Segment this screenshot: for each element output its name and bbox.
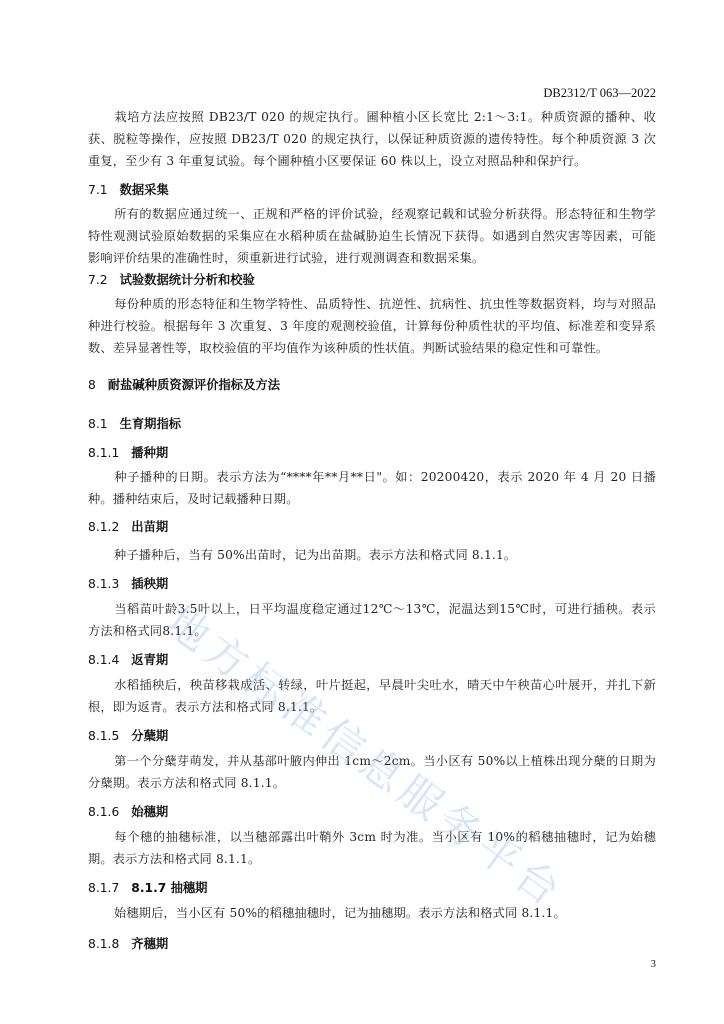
heading-8-1-6: 8.1.6始穗期	[88, 802, 168, 820]
heading-8-1-7: 8.1.78.1.7 抽穗期	[88, 878, 207, 896]
paragraph-8-1-4: 水稻插秧后，秧苗移栽成活、转绿，叶片挺起，早晨叶尖吐水，晴天中午秧苗心叶展开，并…	[88, 674, 656, 718]
document-page: DB2312/T 063—2022 栽培方法应按照 DB23/T 020 的规定…	[0, 0, 724, 1024]
paragraph-8-1-6: 每个穗的抽穗标准，以当穗部露出叶鞘外 3cm 时为准。当小区有 10%的稻穗抽穗…	[88, 826, 656, 870]
intro-paragraph: 栽培方法应按照 DB23/T 020 的规定执行。圃种植小区长宽比 2:1～3:…	[88, 106, 656, 172]
paragraph-8-1-3: 当稻苗叶龄3.5叶以上，日平均温度稳定通过12℃～13℃，泥温达到15℃时，可进…	[88, 598, 656, 642]
heading-8: 8耐盐碱种质资源评价指标及方法	[88, 375, 280, 393]
heading-8-1: 8.1生育期指标	[88, 414, 181, 432]
heading-8-1-5: 8.1.5分蘖期	[88, 726, 168, 744]
paragraph-8-1-7: 始穗期后，当小区有 50%的稻穗抽穗时，记为抽穗期。表示方法和格式同 8.1.1…	[88, 902, 656, 924]
paragraph-8-1-2: 种子播种后，当有 50%出苗时，记为出苗期。表示方法和格式同 8.1.1。	[88, 544, 656, 566]
heading-7-1: 7.1数据采集	[88, 180, 169, 198]
heading-8-1-3: 8.1.3插秧期	[88, 574, 168, 592]
paragraph-8-1-5: 第一个分蘖芽萌发，并从基部叶腋内伸出 1cm～2cm。当小区有 50%以上植株出…	[88, 750, 656, 794]
heading-8-1-2: 8.1.2出苗期	[88, 517, 168, 535]
standard-code: DB2312/T 063—2022	[543, 86, 656, 101]
paragraph-7-2: 每份种质的形态特征和生物学特性、品质特性、抗逆性、抗病性、抗虫性等数据资料，均与…	[88, 293, 656, 359]
paragraph-8-1-1: 种子播种的日期。表示方法为“****年**月**日"。如：20200420，表示…	[88, 466, 656, 510]
heading-8-1-1: 8.1.1播种期	[88, 443, 168, 461]
heading-7-2: 7.2试验数据统计分析和校验	[88, 270, 255, 288]
paragraph-7-1: 所有的数据应通过统一、正规和严格的评价试验，经观察记载和试验分析获得。形态特征和…	[88, 203, 656, 269]
heading-8-1-4: 8.1.4返青期	[88, 650, 168, 668]
heading-8-1-8: 8.1.8齐穗期	[88, 934, 168, 952]
page-number: 3	[651, 958, 657, 970]
